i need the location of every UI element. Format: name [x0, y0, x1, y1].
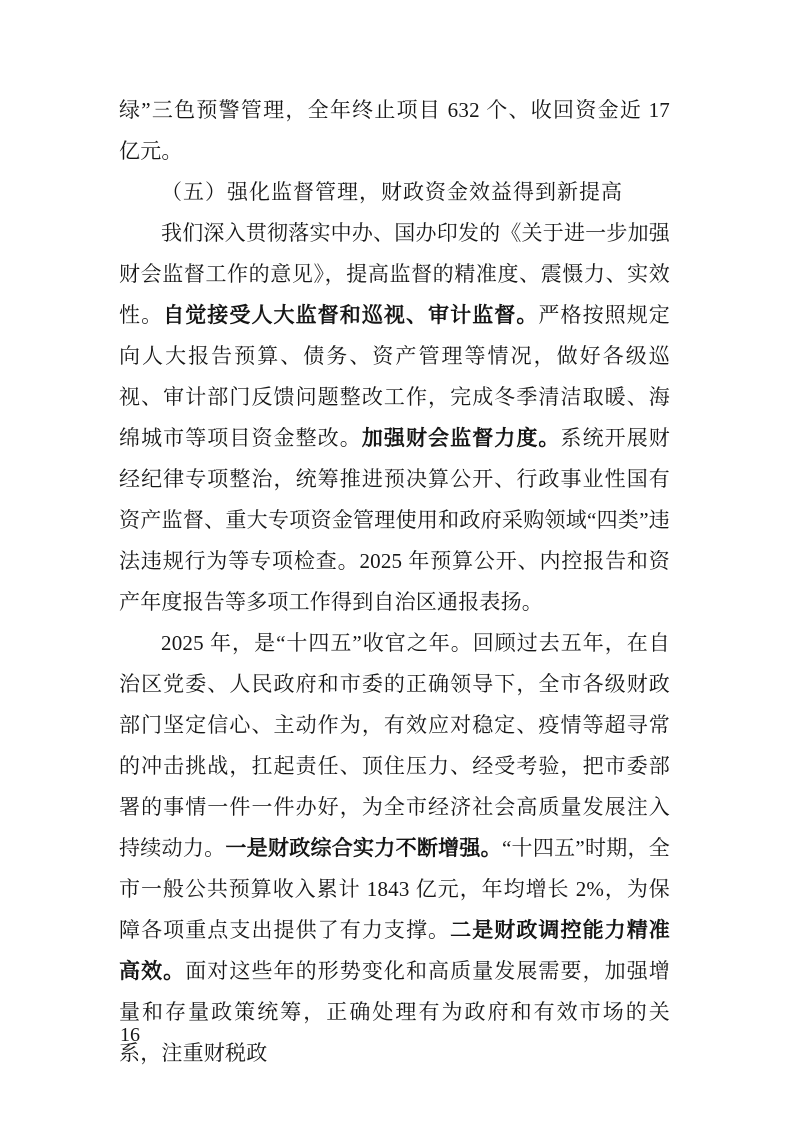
paragraph: 绿”三色预警管理，全年终止项目 632 个、收回资金近 17 亿元。 — [119, 90, 670, 172]
page-number: 16 — [120, 1022, 140, 1048]
emphasis-text-run: 加强财会监督力度。 — [362, 427, 561, 450]
text-run: 面对这些年的形势变化和高质量发展需要，加强增量和存量政策统筹，正确处理有为政府和… — [119, 959, 670, 1065]
text-run: （五）强化监督管理，财政资金效益得到新提高 — [161, 180, 623, 204]
paragraph: 2025 年，是“十四五”收官之年。回顾过去五年，在自治区党委、人民政府和市委的… — [119, 623, 670, 1074]
text-run: 绿”三色预警管理，全年终止项目 632 个、收回资金近 17 亿元。 — [119, 98, 670, 163]
paragraph: 我们深入贯彻落实中办、国办印发的《关于进一步加强财会监督工作的意见》，提高监督的… — [119, 213, 670, 623]
text-run: 2025 年，是“十四五”收官之年。回顾过去五年，在自治区党委、人民政府和市委的… — [119, 631, 670, 860]
document-body: 绿”三色预警管理，全年终止项目 632 个、收回资金近 17 亿元。（五）强化监… — [119, 90, 670, 1074]
document-page: 绿”三色预警管理，全年终止项目 632 个、收回资金近 17 亿元。（五）强化监… — [0, 0, 793, 1122]
section-heading: （五）强化监督管理，财政资金效益得到新提高 — [119, 172, 670, 213]
text-run: 系统开展财经纪律专项整治，统筹推进预决算公开、行政事业性国有资产监督、重大专项资… — [119, 426, 670, 614]
emphasis-text-run: 自觉接受人大监督和巡视、审计监督。 — [163, 304, 538, 327]
emphasis-text-run: 一是财政综合实力不断增强。 — [225, 837, 502, 860]
